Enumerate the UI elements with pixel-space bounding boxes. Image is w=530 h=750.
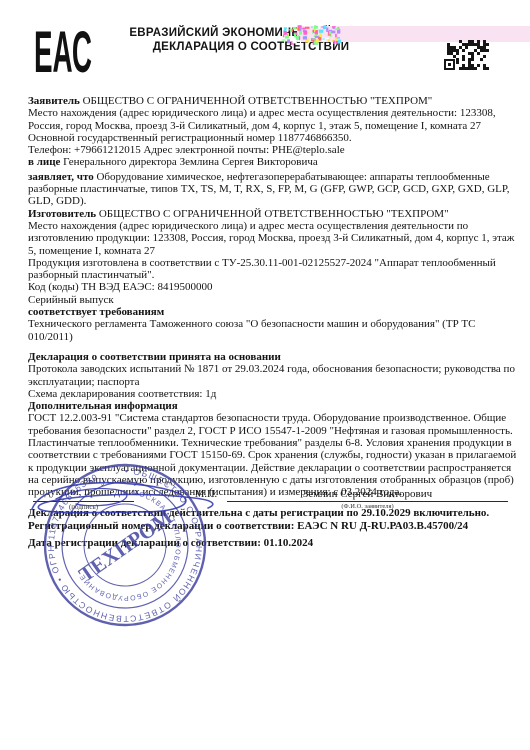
qr-code xyxy=(444,40,489,71)
ogrn-line: Основной государственный регистрационный… xyxy=(28,132,517,144)
declares-line: заявляет, что Оборудование химическое, н… xyxy=(28,171,517,208)
manufacturer-value: ОБЩЕСТВО С ОГРАНИЧЕННОЙ ОТВЕТСТВЕННОСТЬЮ… xyxy=(99,208,449,220)
title-declaration-line: ДЕКЛАРАЦИЯ О СООТВЕТСТВИИ xyxy=(95,40,407,54)
document-body: Заявитель ОБЩЕСТВО С ОГРАНИЧЕННОЙ ОТВЕТС… xyxy=(28,95,517,519)
additional-heading: Дополнительная информация xyxy=(28,400,517,412)
complies-heading: соответствует требованиям xyxy=(28,306,517,318)
handwritten-signature xyxy=(26,477,226,523)
tu-line: Продукция изготовлена в соответствии с Т… xyxy=(28,257,517,282)
name-caption: (Ф.И.О. заявителя) xyxy=(227,503,508,510)
represented-label: в лице xyxy=(28,156,60,168)
declares-label: заявляет, что xyxy=(28,171,94,183)
serial-line: Серийный выпуск xyxy=(28,294,517,306)
tnved-line: Код (коды) ТН ВЭД ЕАЭС: 8419500000 xyxy=(28,281,517,293)
name-line xyxy=(227,487,508,502)
manufacturer-line: Изготовитель ОБЩЕСТВО С ОГРАНИЧЕННОЙ ОТВ… xyxy=(28,208,517,220)
applicant-line: Заявитель ОБЩЕСТВО С ОГРАНИЧЕННОЙ ОТВЕТС… xyxy=(28,95,517,107)
eac-mark-icon: ЕАС xyxy=(33,24,93,76)
contacts-line: Телефон: +79661212015 Адрес электронной … xyxy=(28,144,517,156)
represented-value: Генерального директора Землина Сергея Ви… xyxy=(63,156,318,168)
applicant-label: Заявитель xyxy=(28,95,80,107)
glitch-noise-artifact xyxy=(281,25,341,45)
applicant-address-line: Место нахождения (адрес юридического лиц… xyxy=(28,107,517,132)
regulation-line: Технического регламента Таможенного союз… xyxy=(28,318,517,343)
eac-mark-text: ЕАС xyxy=(34,24,92,76)
declares-value: Оборудование химическое, нефтегазоперера… xyxy=(28,171,510,208)
scheme-line: Схема декларирования соответствия: 1д xyxy=(28,388,517,400)
represented-line: в лице Генерального директора Землина Се… xyxy=(28,156,517,168)
applicant-value: ОБЩЕСТВО С ОГРАНИЧЕННОЙ ОТВЕТСТВЕННОСТЬЮ… xyxy=(83,95,433,107)
manufacturer-address-line: Место нахождения (адрес юридического лиц… xyxy=(28,220,517,257)
declaration-document: ЕАС ЕВРАЗИЙСКИЙ ЭКОНОМИЧЕСКИЙ СОЮЗ ДЕКЛА… xyxy=(0,0,530,750)
basis-text-line: Протокола заводских испытаний № 1871 от … xyxy=(28,363,517,388)
manufacturer-label: Изготовитель xyxy=(28,208,96,220)
basis-heading: Декларация о соответствии принята на осн… xyxy=(28,351,517,363)
